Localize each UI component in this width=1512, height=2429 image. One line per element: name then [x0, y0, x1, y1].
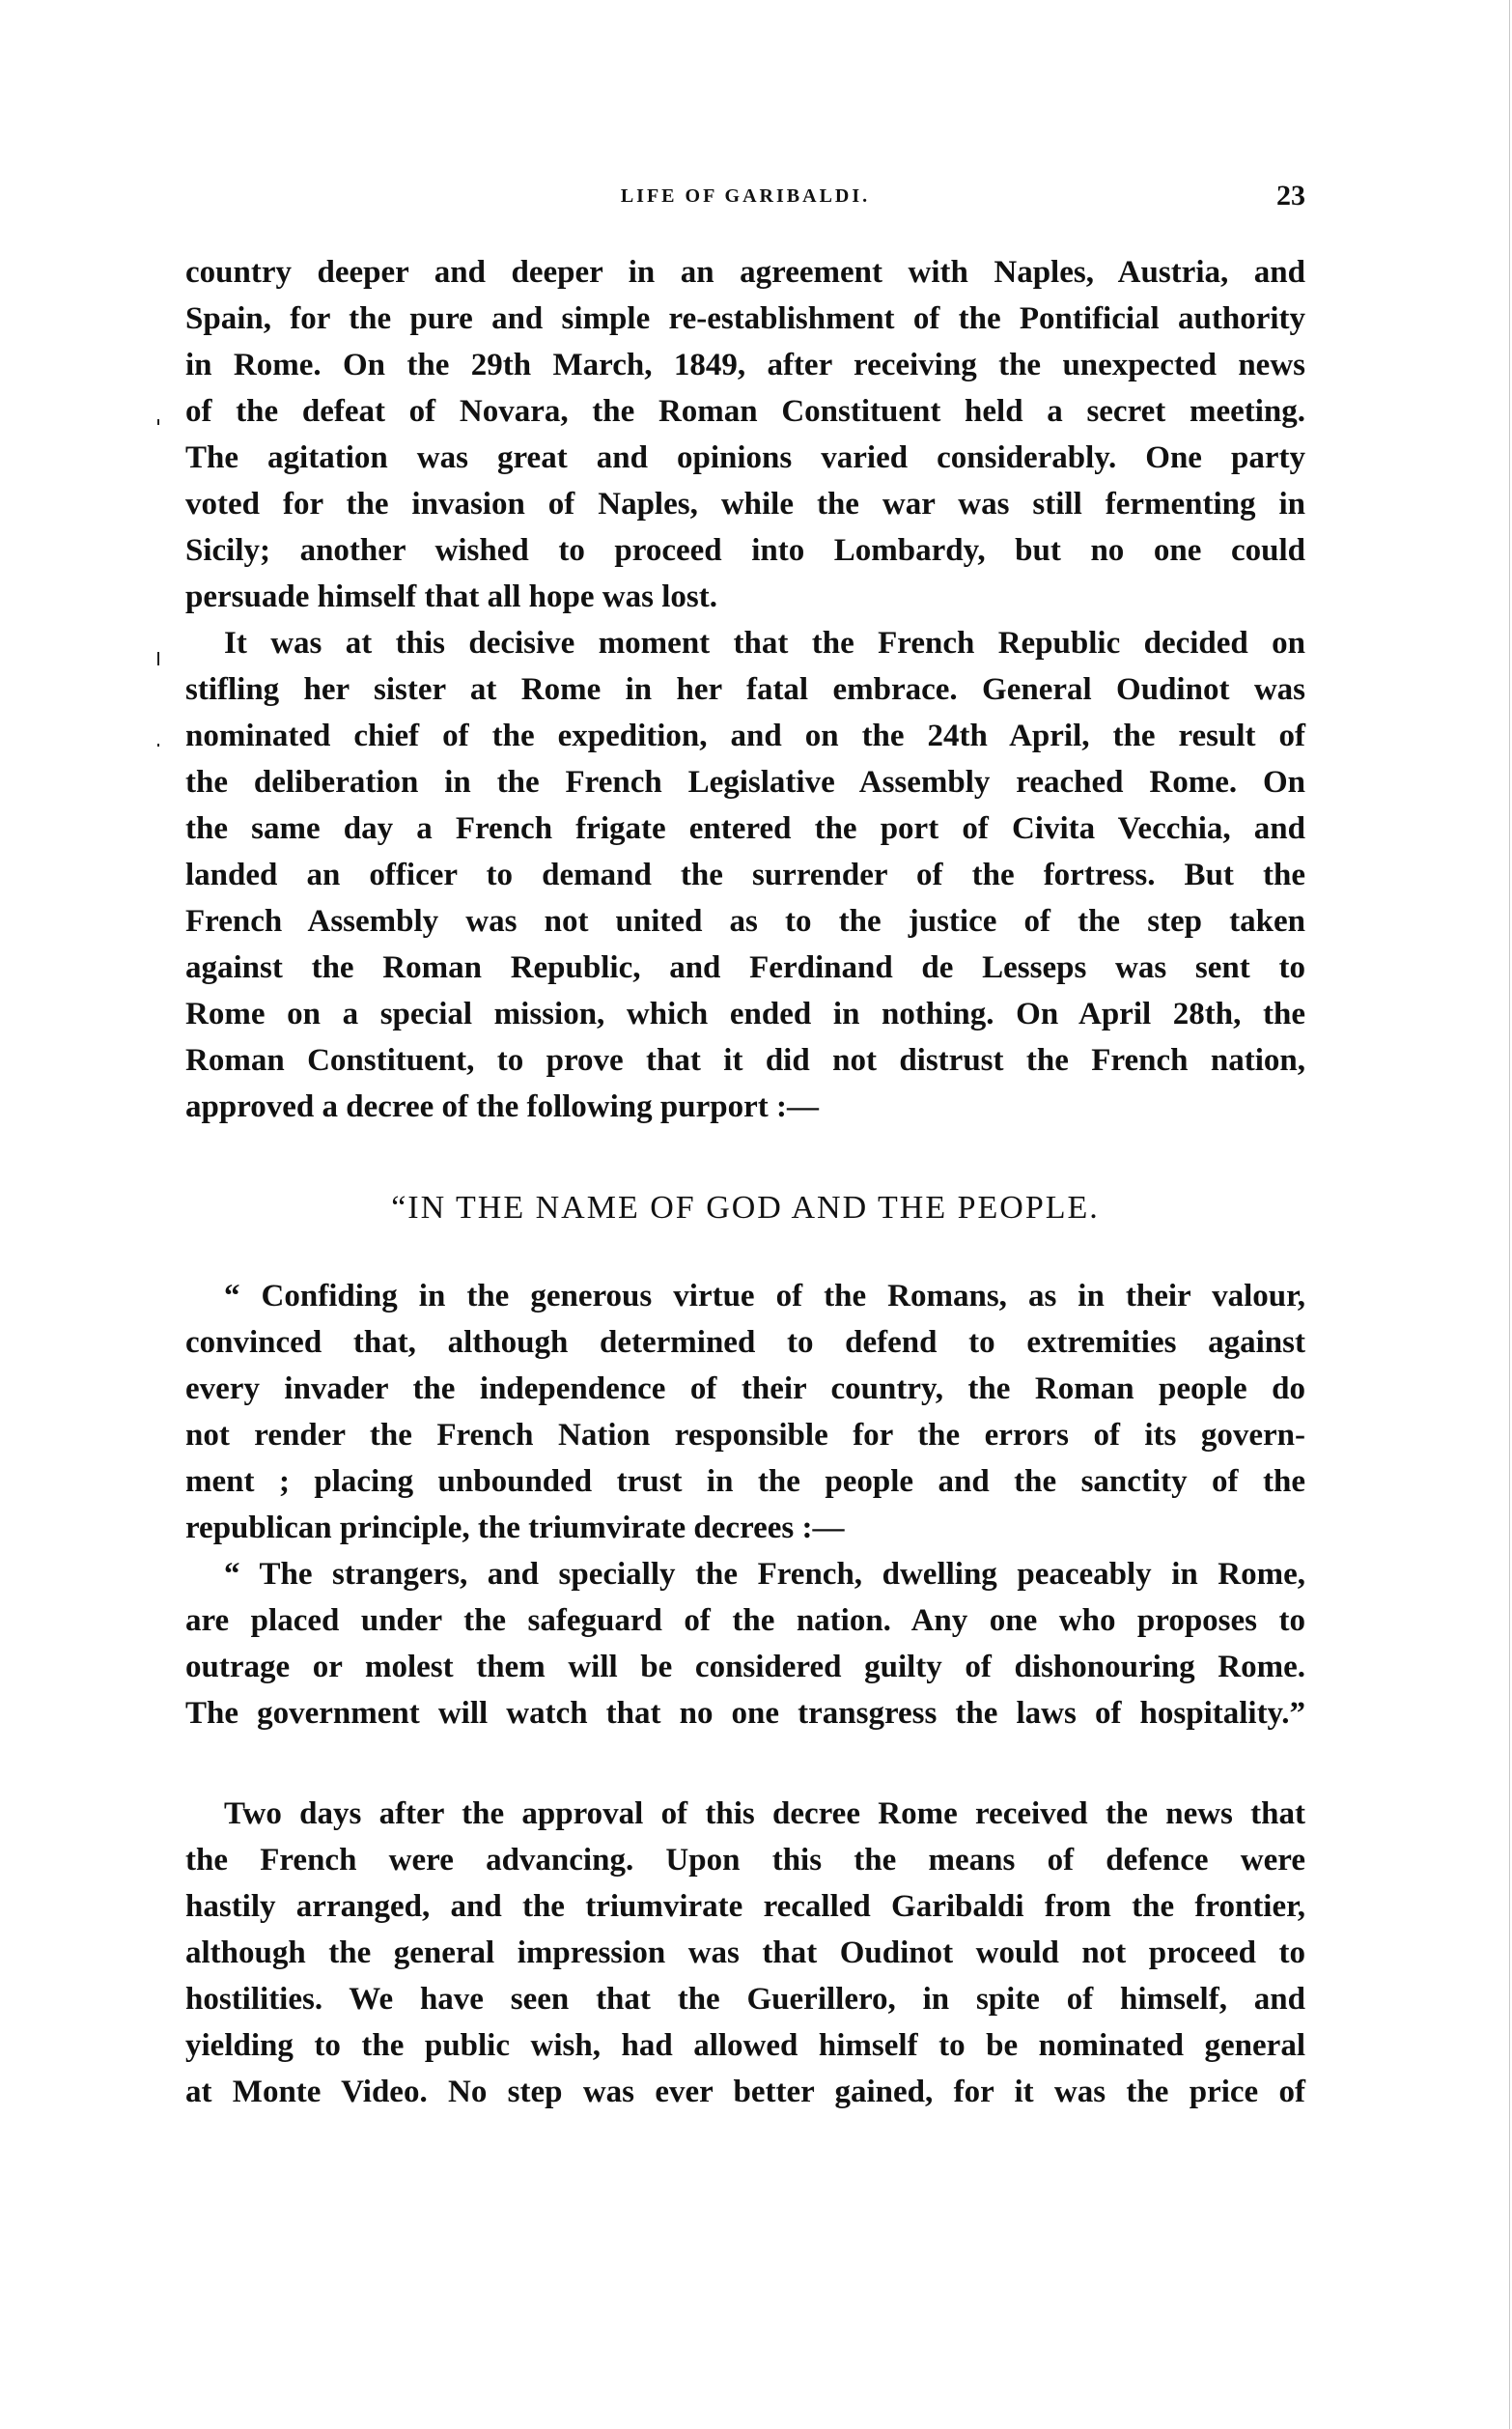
- text-line: Spain, for the pure and simple re-establ…: [185, 299, 1305, 338]
- text-line: Sicily; another wished to proceed into L…: [185, 531, 1305, 570]
- text-line: “ The strangers, and specially the Frenc…: [224, 1555, 1305, 1594]
- page-edge-line: [1509, 0, 1510, 2429]
- text-line: the deliberation in the French Legislati…: [185, 763, 1305, 802]
- text-line: convinced that, although determined to d…: [185, 1323, 1305, 1362]
- scan-speck: [157, 652, 159, 665]
- text-line: every invader the independence of their …: [185, 1370, 1305, 1408]
- text-line: Two days after the approval of this decr…: [224, 1794, 1305, 1833]
- text-line: not render the French Nation responsible…: [185, 1416, 1305, 1455]
- page-number: 23: [1276, 180, 1305, 212]
- text-line: Roman Constituent, to prove that it did …: [185, 1041, 1305, 1080]
- text-line: approved a decree of the following purpo…: [185, 1087, 1305, 1126]
- text-line: “ Confiding in the generous virtue of th…: [224, 1277, 1305, 1315]
- text-line: are placed under the safeguard of the na…: [185, 1601, 1305, 1640]
- scan-speck: [157, 419, 159, 425]
- text-line: hostilities. We have seen that the Gueri…: [185, 1980, 1305, 2019]
- text-line: Rome on a special mission, which ended i…: [185, 995, 1305, 1033]
- decree-heading: “IN THE NAME OF GOD AND THE PEOPLE.: [185, 1190, 1305, 1227]
- text-line: outrage or molest them will be considere…: [185, 1648, 1305, 1686]
- text-line: ment ; placing unbounded trust in the pe…: [185, 1462, 1305, 1501]
- text-line: country deeper and deeper in an agreemen…: [185, 253, 1305, 292]
- running-title: LIFE OF GARIBALDI.: [185, 185, 1305, 208]
- text-line: landed an officer to demand the surrende…: [185, 856, 1305, 894]
- text-line: voted for the invasion of Naples, while …: [185, 485, 1305, 523]
- text-line: The government will watch that no one tr…: [185, 1694, 1305, 1733]
- text-line: hastily arranged, and the triumvirate re…: [185, 1887, 1305, 1926]
- text-line: persuade himself that all hope was lost.: [185, 578, 1305, 616]
- text-line: the French were advancing. Upon this the…: [185, 1841, 1305, 1879]
- text-line: nominated chief of the expedition, and o…: [185, 717, 1305, 755]
- running-header: LIFE OF GARIBALDI. 23: [185, 180, 1305, 212]
- text-line: republican principle, the triumvirate de…: [185, 1509, 1305, 1547]
- text-line: of the defeat of Novara, the Roman Const…: [185, 392, 1305, 431]
- text-line: although the general impression was that…: [185, 1934, 1305, 1972]
- text-line: against the Roman Republic, and Ferdinan…: [185, 948, 1305, 987]
- text-line: It was at this decisive moment that the …: [224, 624, 1305, 663]
- text-line: stifling her sister at Rome in her fatal…: [185, 670, 1305, 709]
- scan-speck: [157, 744, 159, 747]
- book-page: LIFE OF GARIBALDI. 23 country deeper and…: [0, 0, 1512, 2429]
- text-line: French Assembly was not united as to the…: [185, 902, 1305, 941]
- text-line: The agitation was great and opinions var…: [185, 438, 1305, 477]
- text-line: in Rome. On the 29th March, 1849, after …: [185, 346, 1305, 384]
- text-line: yielding to the public wish, had allowed…: [185, 2026, 1305, 2065]
- text-line: at Monte Video. No step was ever better …: [185, 2073, 1305, 2111]
- text-line: the same day a French frigate entered th…: [185, 809, 1305, 848]
